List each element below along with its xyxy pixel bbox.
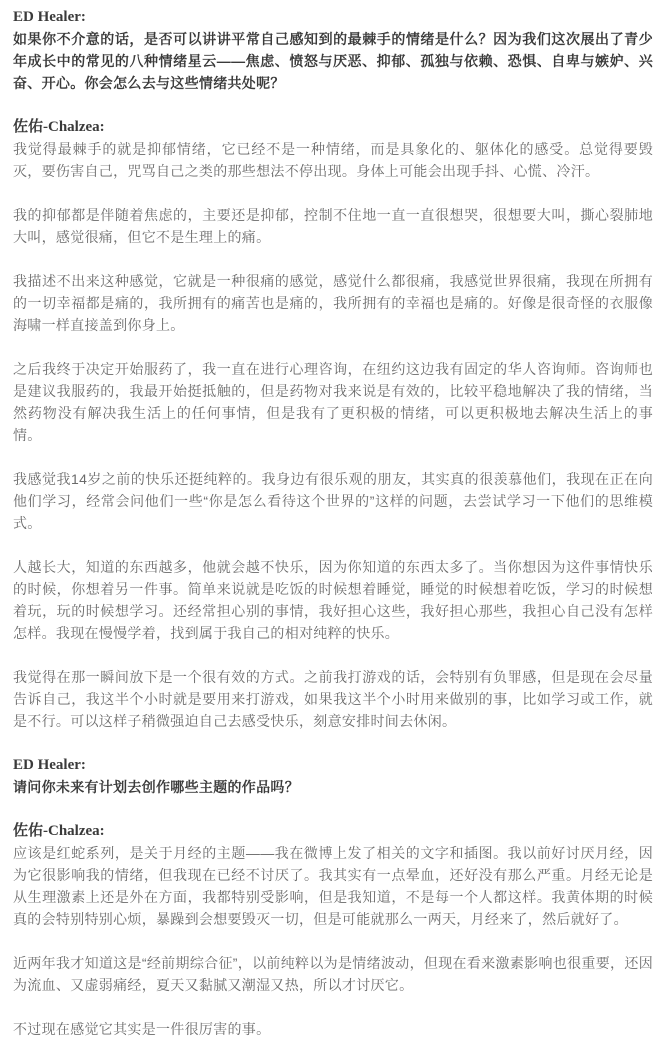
speaker-name: ED Healer: — [13, 754, 653, 776]
answer-paragraph: 我觉得最棘手的就是抑郁情绪，它已经不是一种情绪，而是具象化的、躯体化的感受。总觉… — [13, 138, 653, 182]
answer-paragraph: 近两年我才知道这是“经前期综合征”，以前纯粹以为是情绪波动，但现在看来激素影响也… — [13, 952, 653, 996]
speaker-name: ED Healer: — [13, 6, 653, 28]
qa-block-answer-2: 佐佑-Chalzea: 应该是红蛇系列，是关于月经的主题——我在微博上发了相关的… — [13, 820, 653, 1040]
answer-paragraph: 应该是红蛇系列，是关于月经的主题——我在微博上发了相关的文字和插图。我以前好讨厌… — [13, 842, 653, 930]
speaker-name: 佐佑-Chalzea: — [13, 820, 653, 842]
qa-block-question-2: ED Healer: 请问你未来有计划去创作哪些主题的作品吗？ — [13, 754, 653, 798]
question-paragraph: 如果你不介意的话，是否可以讲讲平常自己感知到的最棘手的情绪是什么？因为我们这次展… — [13, 28, 653, 94]
answer-paragraph: 不过现在感觉它其实是一件很厉害的事。 — [13, 1018, 653, 1040]
answer-paragraph: 我的抑郁都是伴随着焦虑的，主要还是抑郁，控制不住地一直一直很想哭，很想要大叫，撕… — [13, 204, 653, 248]
interview-page: { "page": { "background": "#ffffff", "qu… — [0, 0, 666, 1050]
answer-paragraph: 人越长大，知道的东西越多，他就会越不快乐，因为你知道的东西太多了。当你想因为这件… — [13, 556, 653, 644]
interview-article: ED Healer: 如果你不介意的话，是否可以讲讲平常自己感知到的最棘手的情绪… — [0, 0, 666, 1050]
qa-block-question-1: ED Healer: 如果你不介意的话，是否可以讲讲平常自己感知到的最棘手的情绪… — [13, 6, 653, 94]
answer-paragraph: 我描述不出来这种感觉，它就是一种很痛的感觉，感觉什么都很痛，我感觉世界很痛，我现… — [13, 270, 653, 336]
qa-block-answer-1: 佐佑-Chalzea: 我觉得最棘手的就是抑郁情绪，它已经不是一种情绪，而是具象… — [13, 116, 653, 732]
speaker-name: 佐佑-Chalzea: — [13, 116, 653, 138]
question-paragraph: 请问你未来有计划去创作哪些主题的作品吗？ — [13, 776, 653, 798]
answer-paragraph: 我感觉我14岁之前的快乐还挺纯粹的。我身边有很乐观的朋友，其实真的很羡慕他们，我… — [13, 468, 653, 534]
answer-paragraph: 之后我终于决定开始服药了，我一直在进行心理咨询，在纽约这边我有固定的华人咨询师。… — [13, 358, 653, 446]
answer-paragraph: 我觉得在那一瞬间放下是一个很有效的方式。之前我打游戏的话，会特别有负罪感，但是现… — [13, 666, 653, 732]
